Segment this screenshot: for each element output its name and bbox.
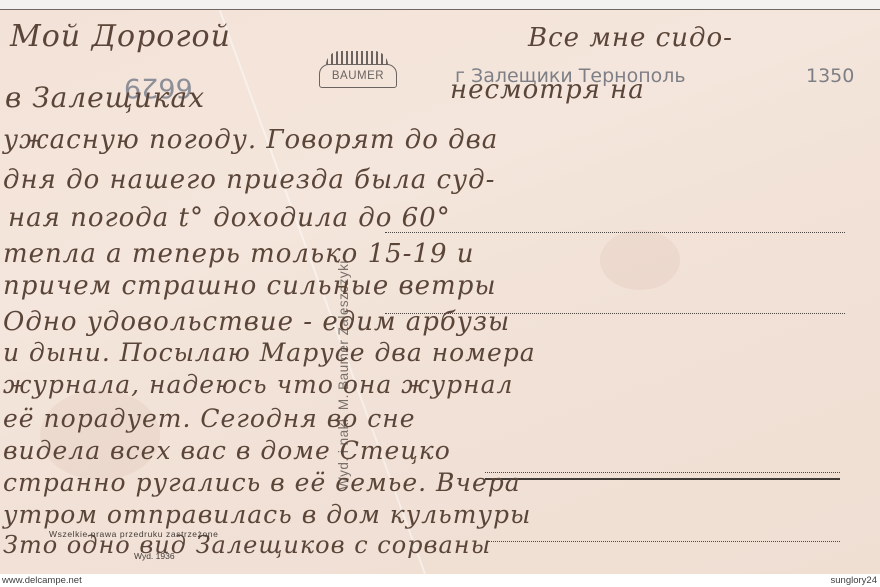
handwritten-line: причем страшно сильные ветры [3, 271, 497, 301]
handwritten-line: видела всех вас в доме Стецко [3, 436, 451, 465]
edition-year: Wyd. 1936 [134, 551, 175, 561]
handwritten-line: утром отправилась в дом культуры [3, 500, 531, 529]
address-line-3-underline [485, 478, 840, 480]
handwritten-line: Одно удовольствие - едим арбузы [3, 307, 510, 337]
handwritten-line: журнала, надеюсь что она журнал [3, 370, 513, 399]
bottom-watermark-strip [0, 574, 880, 587]
paper-stain [600, 230, 680, 290]
watermark-right: sunglory24 [831, 575, 877, 586]
copyright-notice: Wszelkie prawa przedruku zastrzeżone [49, 529, 218, 539]
handwritten-line: ужасную погоду. Говорят до два [3, 125, 498, 155]
handwritten-line: дня до нашего приезда была суд- [3, 165, 495, 195]
pencil-price: 1350 [806, 65, 854, 87]
address-line-4 [488, 541, 840, 542]
publisher-logo-text: BAUMER [319, 64, 397, 88]
handwritten-line: Мой Дорогой [10, 19, 231, 54]
top-border-strip [0, 0, 880, 9]
handwritten-line: несмотря на [450, 75, 645, 105]
handwritten-line: тепла а теперь только 15-19 и [3, 239, 475, 269]
address-line-1 [385, 232, 845, 233]
address-line-3 [485, 472, 840, 473]
handwritten-line: и дыни. Посылаю Марусе два номера [3, 338, 536, 367]
handwritten-line: странно ругались в её семье. Вчера [3, 468, 521, 497]
rising-sun-logo-icon [326, 51, 388, 65]
handwritten-line: в Залещиках [5, 81, 205, 114]
handwritten-line: Все мне сидо- [528, 23, 733, 53]
watermark-left: www.delcampe.net [2, 575, 82, 586]
publisher-logo: BAUMER [316, 42, 400, 92]
handwritten-line: ная погода t° доходила до 60° [8, 203, 451, 233]
handwritten-line: её порадует. Сегодня во сне [3, 404, 416, 433]
postcard-back: BAUMER Wyd. i nakł. M. Baumer Zaleszczyk… [0, 9, 880, 575]
